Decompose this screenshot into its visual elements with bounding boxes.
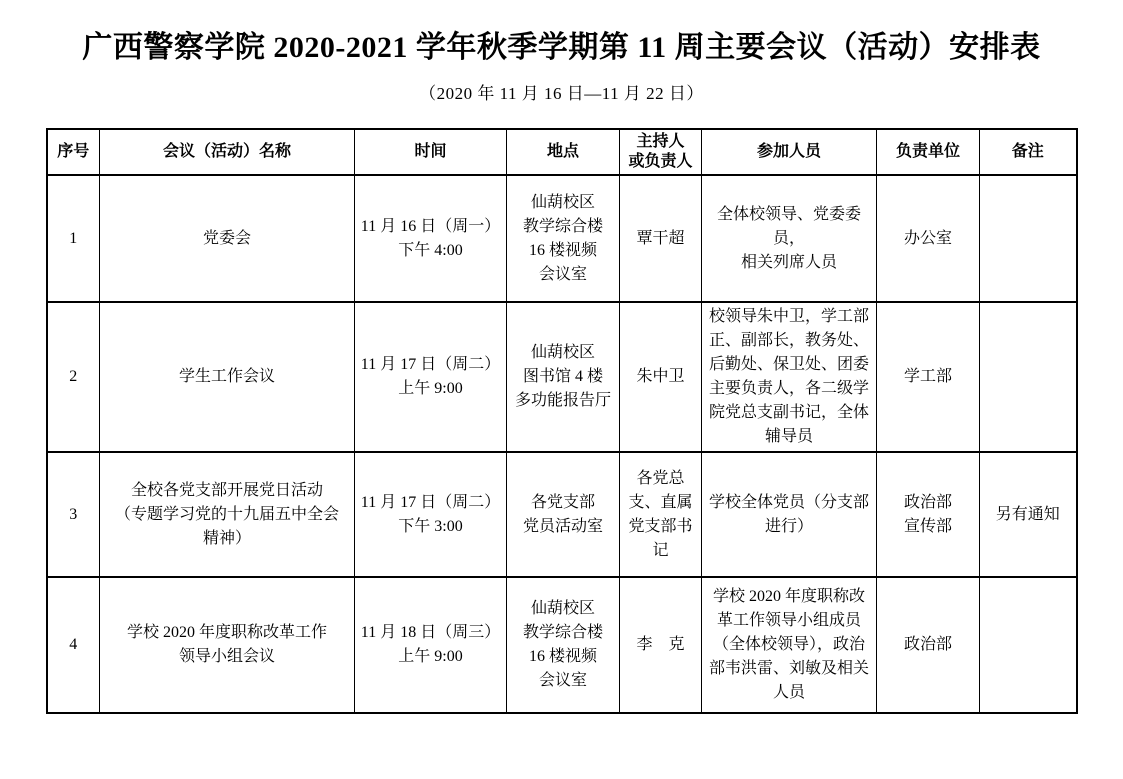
cell-name: 学校 2020 年度职称改革工作 领导小组会议 bbox=[100, 577, 355, 713]
document-page: 广西警察学院 2020-2021 学年秋季学期第 11 周主要会议（活动）安排表… bbox=[0, 0, 1123, 714]
cell-place: 仙葫校区 教学综合楼 16 楼视频 会议室 bbox=[507, 577, 620, 713]
cell-no: 3 bbox=[47, 452, 100, 577]
cell-host: 朱中卫 bbox=[620, 302, 702, 452]
cell-host: 各党总 支、直属 党支部书 记 bbox=[620, 452, 702, 577]
cell-time: 11 月 17 日（周二） 上午 9:00 bbox=[355, 302, 507, 452]
cell-place: 仙葫校区 图书馆 4 楼 多功能报告厅 bbox=[507, 302, 620, 452]
cell-unit: 办公室 bbox=[877, 175, 980, 302]
cell-no: 2 bbox=[47, 302, 100, 452]
cell-note: 另有通知 bbox=[980, 452, 1077, 577]
cell-time: 11 月 18 日（周三） 上午 9:00 bbox=[355, 577, 507, 713]
cell-no: 4 bbox=[47, 577, 100, 713]
cell-unit: 政治部 宣传部 bbox=[877, 452, 980, 577]
cell-note bbox=[980, 577, 1077, 713]
header-participants: 参加人员 bbox=[702, 129, 877, 175]
cell-name: 学生工作会议 bbox=[100, 302, 355, 452]
table-header-row: 序号 会议（活动）名称 时间 地点 主持人 或负责人 参加人员 负责单位 备注 bbox=[47, 129, 1077, 175]
cell-place: 各党支部 党员活动室 bbox=[507, 452, 620, 577]
cell-note bbox=[980, 175, 1077, 302]
table-row: 2 学生工作会议 11 月 17 日（周二） 上午 9:00 仙葫校区 图书馆 … bbox=[47, 302, 1077, 452]
cell-no: 1 bbox=[47, 175, 100, 302]
table-row: 3 全校各党支部开展党日活动 （专题学习党的十九届五中全会 精神） 11 月 1… bbox=[47, 452, 1077, 577]
header-place: 地点 bbox=[507, 129, 620, 175]
header-note: 备注 bbox=[980, 129, 1077, 175]
cell-participants: 学校 2020 年度职称改 革工作领导小组成员 （全体校领导），政治 部韦洪雷、… bbox=[702, 577, 877, 713]
cell-note bbox=[980, 302, 1077, 452]
cell-name: 全校各党支部开展党日活动 （专题学习党的十九届五中全会 精神） bbox=[100, 452, 355, 577]
document-title: 广西警察学院 2020-2021 学年秋季学期第 11 周主要会议（活动）安排表 bbox=[0, 30, 1123, 66]
cell-time: 11 月 17 日（周二） 下午 3:00 bbox=[355, 452, 507, 577]
document-subtitle: （2020 年 11 月 16 日—11 月 22 日） bbox=[0, 79, 1123, 104]
cell-unit: 政治部 bbox=[877, 577, 980, 713]
header-host: 主持人 或负责人 bbox=[620, 129, 702, 175]
header-no: 序号 bbox=[47, 129, 100, 175]
cell-participants: 全体校领导、党委委员， 相关列席人员 bbox=[702, 175, 877, 302]
cell-participants: 学校全体党员（分支部 进行） bbox=[702, 452, 877, 577]
cell-time: 11 月 16 日（周一） 下午 4:00 bbox=[355, 175, 507, 302]
cell-place: 仙葫校区 教学综合楼 16 楼视频 会议室 bbox=[507, 175, 620, 302]
table-row: 4 学校 2020 年度职称改革工作 领导小组会议 11 月 18 日（周三） … bbox=[47, 577, 1077, 713]
cell-host: 李 克 bbox=[620, 577, 702, 713]
header-unit: 负责单位 bbox=[877, 129, 980, 175]
header-time: 时间 bbox=[355, 129, 507, 175]
meeting-schedule-table: 序号 会议（活动）名称 时间 地点 主持人 或负责人 参加人员 负责单位 备注 … bbox=[46, 128, 1078, 714]
table-row: 1 党委会 11 月 16 日（周一） 下午 4:00 仙葫校区 教学综合楼 1… bbox=[47, 175, 1077, 302]
cell-participants: 校领导朱中卫，学工部 正、副部长，教务处、 后勤处、保卫处、团委 主要负责人，各… bbox=[702, 302, 877, 452]
cell-unit: 学工部 bbox=[877, 302, 980, 452]
cell-host: 覃干超 bbox=[620, 175, 702, 302]
header-name: 会议（活动）名称 bbox=[100, 129, 355, 175]
cell-name: 党委会 bbox=[100, 175, 355, 302]
